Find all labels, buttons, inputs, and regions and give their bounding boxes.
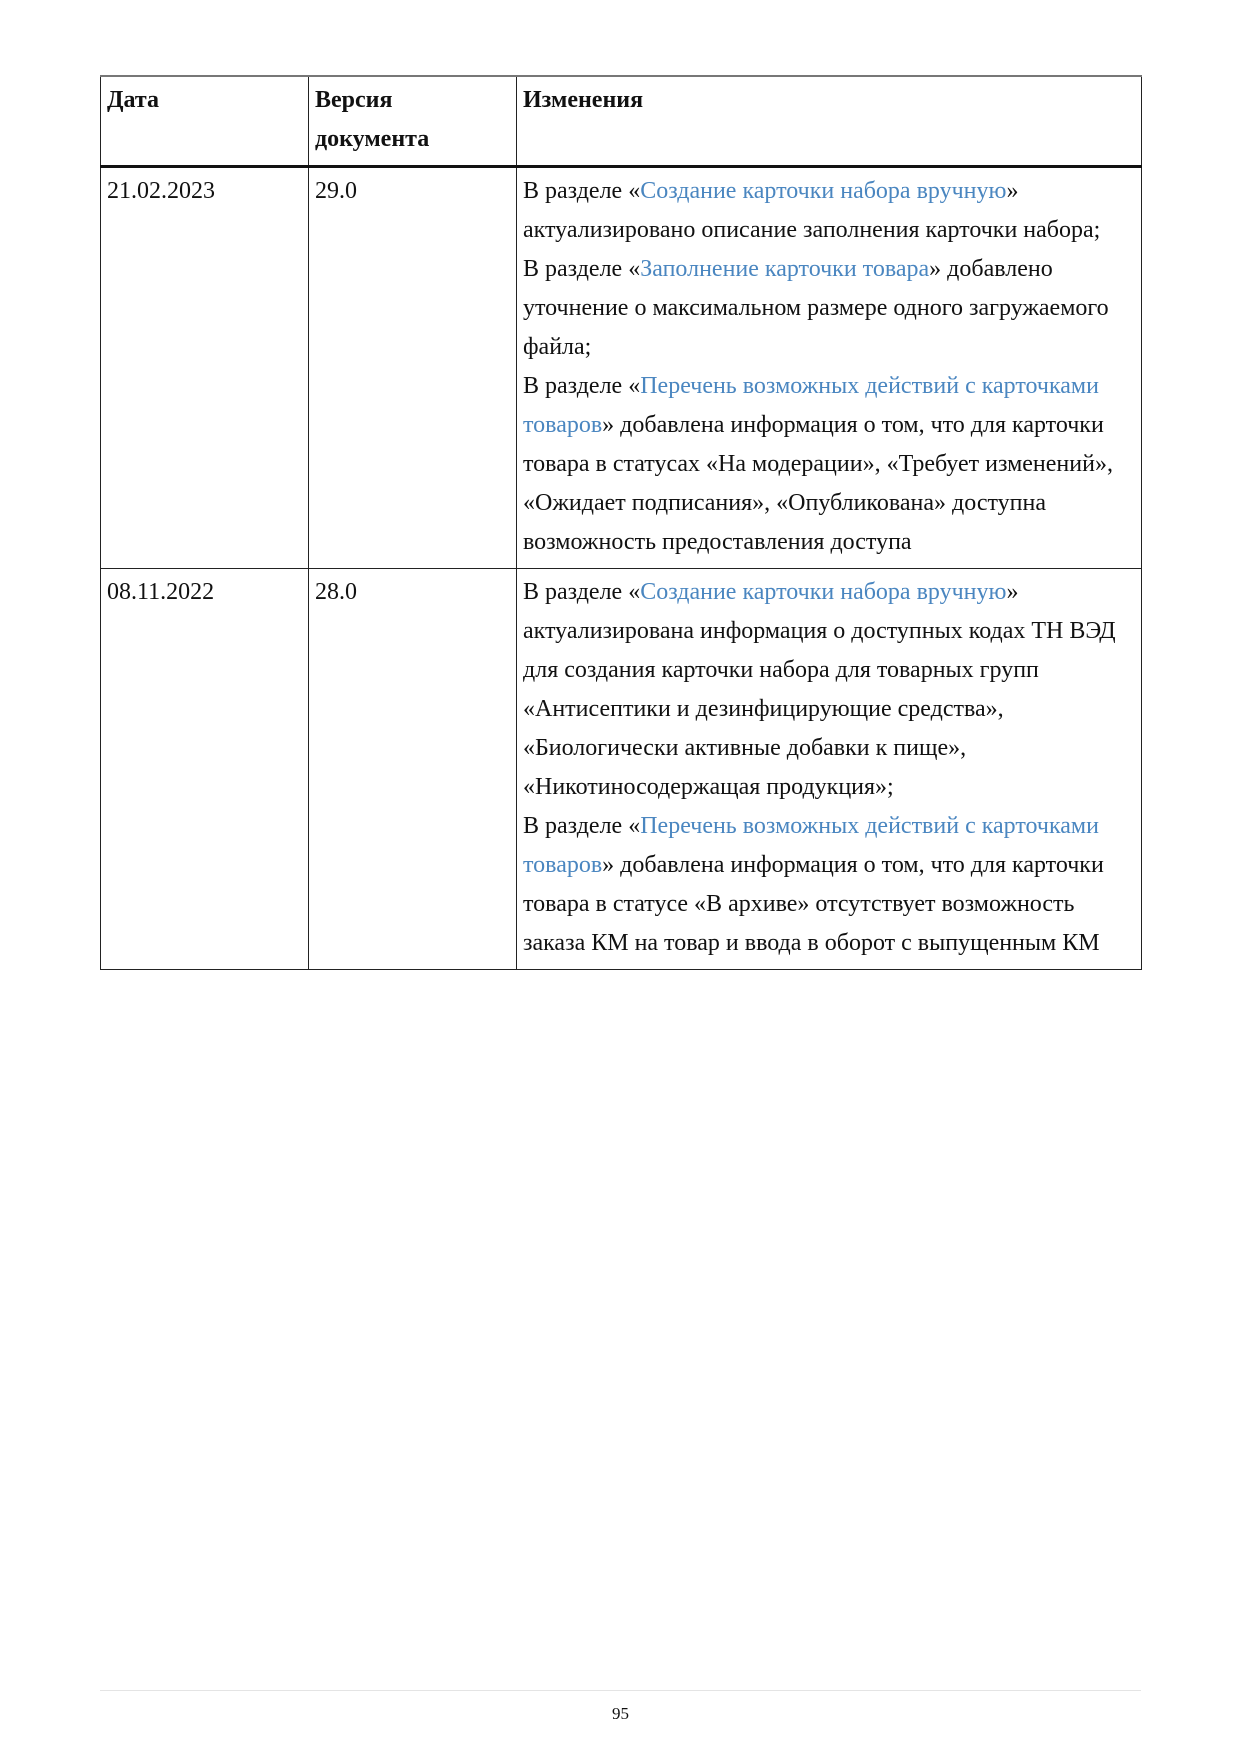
cell-version: 28.0 xyxy=(309,569,517,970)
change-text: » добавлена информация о том, что для ка… xyxy=(523,852,1104,956)
change-text: В разделе « xyxy=(523,373,640,399)
table-header-row: Дата Версия документа Изменения xyxy=(101,76,1142,167)
document-page: Дата Версия документа Изменения 21.02.20… xyxy=(0,0,1241,1754)
header-version: Версия документа xyxy=(309,76,517,167)
change-item: В разделе «Заполнение карточки товара» д… xyxy=(523,250,1135,367)
change-text: В разделе « xyxy=(523,256,640,282)
header-changes: Изменения xyxy=(517,76,1142,167)
cell-changes: В разделе «Создание карточки набора вруч… xyxy=(517,167,1142,569)
change-item: В разделе «Создание карточки набора вруч… xyxy=(523,573,1135,807)
section-link[interactable]: Создание карточки набора вручную xyxy=(640,178,1006,204)
change-item: В разделе «Перечень возможных действий с… xyxy=(523,367,1135,562)
header-date: Дата xyxy=(101,76,309,167)
change-text: » добавлена информация о том, что для ка… xyxy=(523,412,1113,555)
change-text: В разделе « xyxy=(523,579,640,605)
change-text: » актуализирована информация о доступных… xyxy=(523,579,1116,800)
cell-version: 29.0 xyxy=(309,167,517,569)
table-row: 08.11.2022 28.0 В разделе «Создание карт… xyxy=(101,569,1142,970)
cell-changes: В разделе «Создание карточки набора вруч… xyxy=(517,569,1142,970)
section-link[interactable]: Создание карточки набора вручную xyxy=(640,579,1006,605)
change-text: В разделе « xyxy=(523,813,640,839)
change-text: В разделе « xyxy=(523,178,640,204)
table-row: 21.02.2023 29.0 В разделе «Создание карт… xyxy=(101,167,1142,569)
change-history-table: Дата Версия документа Изменения 21.02.20… xyxy=(100,75,1142,970)
section-link[interactable]: Заполнение карточки товара xyxy=(640,256,929,282)
cell-date: 08.11.2022 xyxy=(101,569,309,970)
page-number: 95 xyxy=(0,1702,1241,1726)
change-item: В разделе «Перечень возможных действий с… xyxy=(523,807,1135,963)
cell-date: 21.02.2023 xyxy=(101,167,309,569)
change-item: В разделе «Создание карточки набора вруч… xyxy=(523,172,1135,250)
footer-divider xyxy=(100,1690,1141,1691)
